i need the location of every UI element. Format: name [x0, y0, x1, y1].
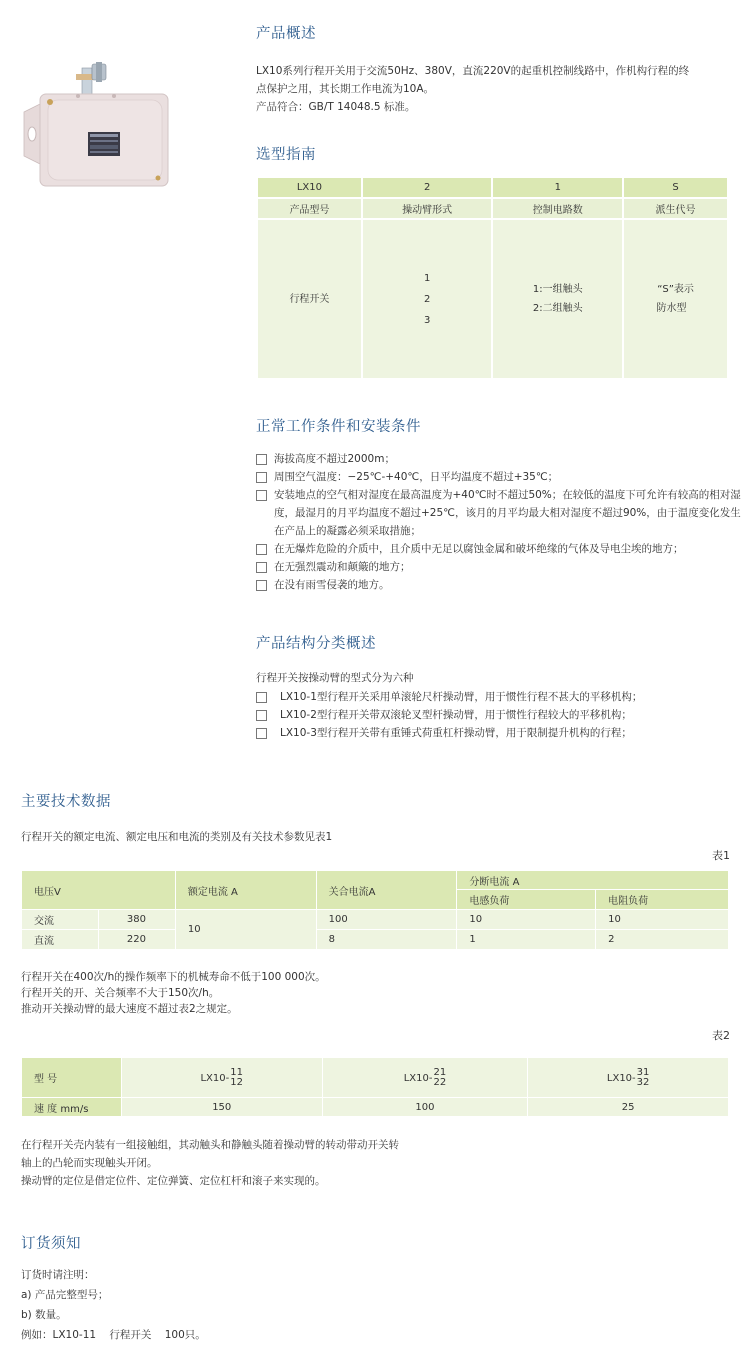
condition-item: 海拔高度不超过2000m；: [256, 450, 746, 468]
tech-note: 行程开关在400次/h的操作频率下的机械寿命不低于100 000次。: [21, 969, 326, 985]
product-cell: 行程开关: [258, 218, 361, 378]
selection-guide-title: 选型指南: [256, 143, 316, 164]
current-type: 直流: [22, 930, 99, 950]
checkbox-icon: [256, 490, 267, 501]
structure-intro: 行程开关按操动臂的型式分为六种: [256, 669, 414, 687]
header-cell: 操动臂形式: [363, 197, 492, 218]
structure-note: 轴上的凸轮而实现触头开闭。: [21, 1154, 399, 1172]
table1-caption: 表1: [712, 847, 730, 863]
overview-line: 产品符合：GB/T 14048.5 标准。: [256, 98, 746, 116]
voltage-value: 380: [98, 910, 175, 930]
circuits-cell: 1:一组触头 2:二组触头: [493, 218, 622, 378]
condition-text: 在无强烈震动和颠簸的地方；: [274, 558, 746, 576]
header-cell: 控制电路数: [493, 197, 622, 218]
model-cell: LX10-3132: [528, 1058, 729, 1098]
resistive-value: 2: [596, 930, 729, 950]
code-cell: LX10: [258, 178, 361, 197]
speed-value: 150: [121, 1098, 322, 1117]
resistive-load-header: 电阻负荷: [596, 890, 729, 910]
limit-switch-illustration: [18, 60, 173, 188]
header-cell: 产品型号: [258, 197, 361, 218]
code-cell: 1: [493, 178, 622, 197]
arm-form: 3: [363, 310, 492, 331]
checkbox-icon: [256, 580, 267, 591]
technical-data-table: 电压V 额定电流 A 关合电流A 分断电流 A 电感负荷 电阻负荷 交流 380…: [21, 870, 729, 950]
inductive-value: 10: [457, 910, 596, 930]
checkbox-icon: [256, 710, 267, 721]
condition-item: 安装地点的空气相对湿度在最高温度为+40℃时不超过50%；在较低的温度下可允许有…: [256, 486, 746, 540]
condition-text: 在无爆炸危险的介质中，且介质中无足以腐蚀金属和破坏绝缘的气体及导电尘埃的地方；: [274, 540, 746, 558]
structure-text: LX10-1型行程开关采用单滚轮尺杆操动臂，用于惯性行程不甚大的平移机构；: [280, 688, 746, 706]
arm-form: 1: [363, 268, 492, 289]
model-row: 型 号 LX10-1112 LX10-2122 LX10-3132: [22, 1058, 729, 1098]
overview-text: LX10系列行程开关用于交流50Hz、380V，直流220V的起重机控制线路中，…: [256, 62, 746, 116]
code-row: LX10 2 1 S: [258, 178, 727, 197]
structure-list: LX10-1型行程开关采用单滚轮尺杆操动臂，用于惯性行程不甚大的平移机构； LX…: [256, 688, 746, 742]
circuit-option: 2:二组触头: [493, 299, 622, 318]
checkbox-icon: [256, 472, 267, 483]
tech-data-title: 主要技术数据: [21, 790, 111, 811]
structure-item: LX10-2型行程开关带双滚轮叉型杆操动臂，用于惯性行程较大的平移机构；: [256, 706, 746, 724]
speed-label: 速 度 mm/s: [22, 1098, 122, 1117]
derived-text: 防水型: [624, 299, 719, 318]
ordering-line: a) 产品完整型号；: [21, 1285, 206, 1305]
model-fraction: 3132: [637, 1068, 650, 1088]
current-type: 交流: [22, 910, 99, 930]
header-row: 产品型号 操动臂形式 控制电路数 派生代号: [258, 197, 727, 218]
table2-caption: 表2: [712, 1027, 730, 1043]
structure-note: 在行程开关壳内装有一组接触组，其动触头和静触头随着操动臂的转动带动开关转: [21, 1136, 399, 1154]
condition-item: 在无强烈震动和颠簸的地方；: [256, 558, 746, 576]
tech-data-intro: 行程开关的额定电流、额定电压和电流的类别及有关技术参数见表1: [21, 828, 332, 846]
structure-item: LX10-3型行程开关带有重锤式荷重杠杆操动臂，用于限制提升机构的行程；: [256, 724, 746, 742]
body-row: 行程开关 1 2 3 1:一组触头 2:二组触头 “S”表示 防水型: [258, 218, 727, 378]
condition-item: 在无爆炸危险的介质中，且介质中无足以腐蚀金属和破坏绝缘的气体及导电尘埃的地方；: [256, 540, 746, 558]
model-fraction: 1112: [230, 1068, 243, 1088]
model-bottom: 12: [230, 1078, 243, 1088]
speed-row: 速 度 mm/s 150 100 25: [22, 1098, 729, 1117]
ordering-text: 订货时请注明： a) 产品完整型号； b) 数量。 例如：LX10-11 行程开…: [21, 1265, 206, 1345]
derived-text: “S”表示: [624, 280, 727, 299]
condition-text: 在没有雨雪侵袭的地方。: [274, 576, 746, 594]
model-bottom: 22: [433, 1078, 446, 1088]
tech-note: 行程开关的开、关合频率不大于150次/h。: [21, 985, 326, 1001]
ordering-line: 订货时请注明：: [21, 1265, 206, 1285]
conditions-list: 海拔高度不超过2000m； 周围空气温度：−25℃-+40℃，日平均温度不超过+…: [256, 450, 746, 594]
checkbox-icon: [256, 544, 267, 555]
breaking-current-header: 分断电流 A: [457, 871, 729, 890]
structure-note: 操动臂的定位是借定位件、定位弹簧、定位杠杆和滚子来实现的。: [21, 1172, 399, 1190]
resistive-value: 10: [596, 910, 729, 930]
condition-item: 在没有雨雪侵袭的地方。: [256, 576, 746, 594]
inductive-value: 1: [457, 930, 596, 950]
closing-value: 100: [316, 910, 457, 930]
condition-text: 海拔高度不超过2000m；: [274, 450, 746, 468]
product-image: [18, 60, 173, 188]
inductive-load-header: 电感负荷: [457, 890, 596, 910]
model-cell: LX10-1112: [121, 1058, 322, 1098]
condition-item: 周围空气温度：−25℃-+40℃，日平均温度不超过+35℃；: [256, 468, 746, 486]
derived-cell: “S”表示 防水型: [624, 218, 727, 378]
code-cell: 2: [363, 178, 492, 197]
structure-item: LX10-1型行程开关采用单滚轮尺杆操动臂，用于惯性行程不甚大的平移机构；: [256, 688, 746, 706]
model-prefix: LX10-: [404, 1073, 433, 1084]
product-type: 行程开关: [289, 294, 329, 305]
model-label: 型 号: [22, 1058, 122, 1098]
model-prefix: LX10-: [607, 1073, 636, 1084]
rated-current-header: 额定电流 A: [175, 871, 316, 910]
overview-line: 点保护之用，其长期工作电流为10A。: [256, 80, 746, 98]
condition-text: 周围空气温度：−25℃-+40℃，日平均温度不超过+35℃；: [274, 468, 746, 486]
arm-form-cell: 1 2 3: [363, 218, 492, 378]
checkbox-icon: [256, 454, 267, 465]
model-top: 31: [637, 1068, 650, 1078]
arm-form: 2: [363, 289, 492, 310]
model-cell: LX10-2122: [322, 1058, 528, 1098]
overview-title: 产品概述: [256, 22, 316, 43]
closing-current-header: 关合电流A: [316, 871, 457, 910]
structure-text: LX10-2型行程开关带双滚轮叉型杆操动臂，用于惯性行程较大的平移机构；: [280, 706, 746, 724]
table-row: 直流 220 8 1 2: [22, 930, 729, 950]
structure-text: LX10-3型行程开关带有重锤式荷重杠杆操动臂，用于限制提升机构的行程；: [280, 724, 746, 742]
speed-value: 100: [322, 1098, 528, 1117]
ordering-line: 例如：LX10-11 行程开关 100只。: [21, 1325, 206, 1345]
model-top: 11: [230, 1068, 243, 1078]
condition-text: 安装地点的空气相对湿度在最高温度为+40℃时不超过50%；在较低的温度下可允许有…: [274, 486, 746, 540]
checkbox-icon: [256, 692, 267, 703]
circuit-option: 1:一组触头: [493, 280, 622, 299]
header-cell: 派生代号: [624, 197, 727, 218]
checkbox-icon: [256, 562, 267, 573]
ordering-line: b) 数量。: [21, 1305, 206, 1325]
structure-title: 产品结构分类概述: [256, 632, 376, 653]
structure-notes: 在行程开关壳内装有一组接触组，其动触头和静触头随着操动臂的转动带动开关转 轴上的…: [21, 1136, 399, 1190]
checkbox-icon: [256, 728, 267, 739]
tech-note: 推动开关操动臂的最大速度不超过表2之规定。: [21, 1001, 326, 1017]
code-cell: S: [624, 178, 727, 197]
tech-notes: 行程开关在400次/h的操作频率下的机械寿命不低于100 000次。 行程开关的…: [21, 969, 326, 1017]
voltage-header: 电压V: [22, 871, 176, 910]
speed-table: 型 号 LX10-1112 LX10-2122 LX10-3132 速 度 mm…: [21, 1057, 729, 1117]
model-fraction: 2122: [433, 1068, 446, 1088]
ordering-title: 订货须知: [21, 1232, 81, 1253]
table-row: 交流 380 10 100 10 10: [22, 910, 729, 930]
voltage-value: 220: [98, 930, 175, 950]
selection-guide-table: LX10 2 1 S 产品型号 操动臂形式 控制电路数 派生代号 行程开关 1 …: [256, 178, 729, 378]
conditions-title: 正常工作条件和安装条件: [256, 415, 421, 436]
closing-value: 8: [316, 930, 457, 950]
model-bottom: 32: [637, 1078, 650, 1088]
model-prefix: LX10-: [200, 1073, 229, 1084]
speed-value: 25: [528, 1098, 729, 1117]
rated-current-value: 10: [175, 910, 316, 950]
overview-line: LX10系列行程开关用于交流50Hz、380V，直流220V的起重机控制线路中，…: [256, 62, 746, 80]
model-top: 21: [433, 1068, 446, 1078]
